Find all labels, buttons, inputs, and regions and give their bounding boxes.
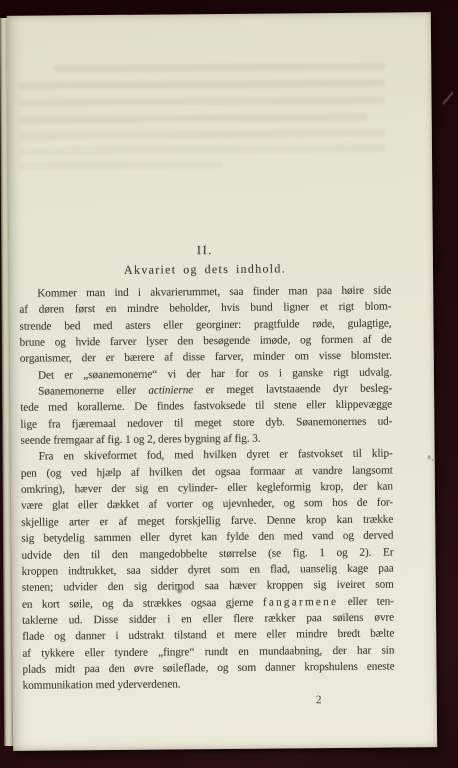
chapter-number: II. xyxy=(19,242,391,260)
dust-hair xyxy=(442,91,453,104)
bleed-through-line xyxy=(18,130,386,140)
text-line: kommunikation med yderverdenen. xyxy=(23,677,395,697)
bleed-through-line xyxy=(53,63,385,73)
margin-speck xyxy=(432,459,434,461)
bleed-through-line xyxy=(18,97,386,107)
book-page: II. Akvariet og dets indhold. Kommer man… xyxy=(7,12,437,751)
page-number: 2 xyxy=(299,694,339,706)
chapter-title: Akvariet og dets indhold. xyxy=(19,261,391,279)
margin-speck xyxy=(428,455,431,459)
bleed-through-line xyxy=(18,114,368,124)
bleed-through-line xyxy=(17,80,385,90)
bleed-through-line xyxy=(18,161,223,170)
ink-blot-speck xyxy=(177,588,182,593)
photo-background: II. Akvariet og dets indhold. Kommer man… xyxy=(0,0,458,768)
bleed-through-line xyxy=(18,145,386,155)
body-text: Kommer man ind i akvarierummet, saa find… xyxy=(19,285,395,697)
